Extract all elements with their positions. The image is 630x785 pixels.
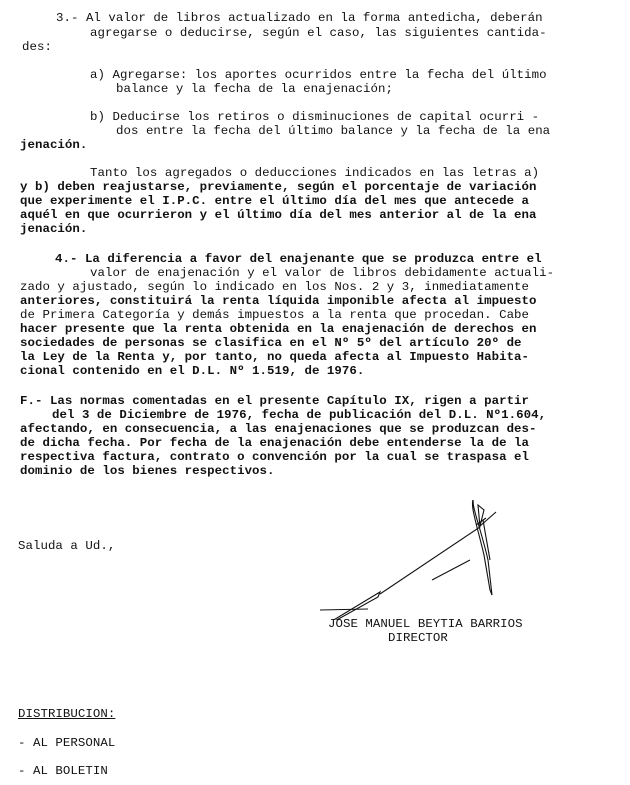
item3-b-line-3: jenación. — [20, 139, 87, 152]
item3-b-line-1: b) Deducirse los retiros o disminuciones… — [90, 111, 539, 124]
tanto-line-2: y b) deben reajustarse, previamente, seg… — [20, 181, 537, 194]
item4-line-3: zado y ajustado, según lo indicado en lo… — [20, 281, 529, 294]
itemF-line-5: respectiva factura, contrato o convenció… — [20, 451, 529, 464]
distribution-item-boletin: - AL BOLETIN — [18, 765, 108, 778]
item3-line-3: des: — [22, 41, 52, 54]
item4-line-2: valor de enajenación y el valor de libro… — [90, 267, 554, 280]
signatory-title: DIRECTOR — [388, 632, 448, 645]
item4-line-5: de Primera Categoría y demás impuestos a… — [20, 309, 529, 322]
item3-a-line-2: balance y la fecha de la enajenación; — [116, 83, 393, 96]
itemF-line-4: de dicha fecha. Por fecha de la enajenac… — [20, 437, 529, 450]
item4-line-6: hacer presente que la renta obtenida en … — [20, 323, 537, 336]
itemF-line-1: F.- Las normas comentadas en el presente… — [20, 395, 529, 408]
item3-b-line-2: dos entre la fecha del último balance y … — [116, 125, 550, 138]
tanto-line-5: jenación. — [20, 223, 87, 236]
distribution-item-personal: - AL PERSONAL — [18, 737, 115, 750]
itemF-line-6: dominio de los bienes respectivos. — [20, 465, 275, 478]
tanto-line-3: que experimente el I.P.C. entre el últim… — [20, 195, 529, 208]
closing-salutation: Saluda a Ud., — [18, 540, 115, 553]
item4-line-1: 4.- La diferencia a favor del enajenante… — [55, 253, 542, 266]
tanto-line-1: Tanto los agregados o deducciones indica… — [90, 167, 539, 180]
item4-line-8: la Ley de la Renta y, por tanto, no qued… — [20, 351, 529, 364]
tanto-line-4: aquél en que ocurrieron y el último día … — [20, 209, 537, 222]
itemF-line-2: del 3 de Diciembre de 1976, fecha de pub… — [52, 409, 546, 422]
item3-a-line-1: a) Agregarse: los aportes ocurridos entr… — [90, 69, 547, 82]
item3-line-1: 3.- Al valor de libros actualizado en la… — [56, 12, 543, 25]
item4-line-7: sociedades de personas se clasifica en e… — [20, 337, 522, 350]
itemF-line-3: afectando, en consecuencia, a las enajen… — [20, 423, 537, 436]
item4-line-4: anteriores, constituirá la renta líquida… — [20, 295, 537, 308]
distribution-heading: DISTRIBUCION: — [18, 708, 115, 721]
item4-line-9: cional contenido en el D.L. Nº 1.519, de… — [20, 365, 364, 378]
handwritten-signature — [320, 500, 520, 620]
item3-line-2: agregarse o deducirse, según el caso, la… — [90, 27, 547, 40]
signatory-name: JOSE MANUEL BEYTIA BARRIOS — [328, 618, 523, 631]
